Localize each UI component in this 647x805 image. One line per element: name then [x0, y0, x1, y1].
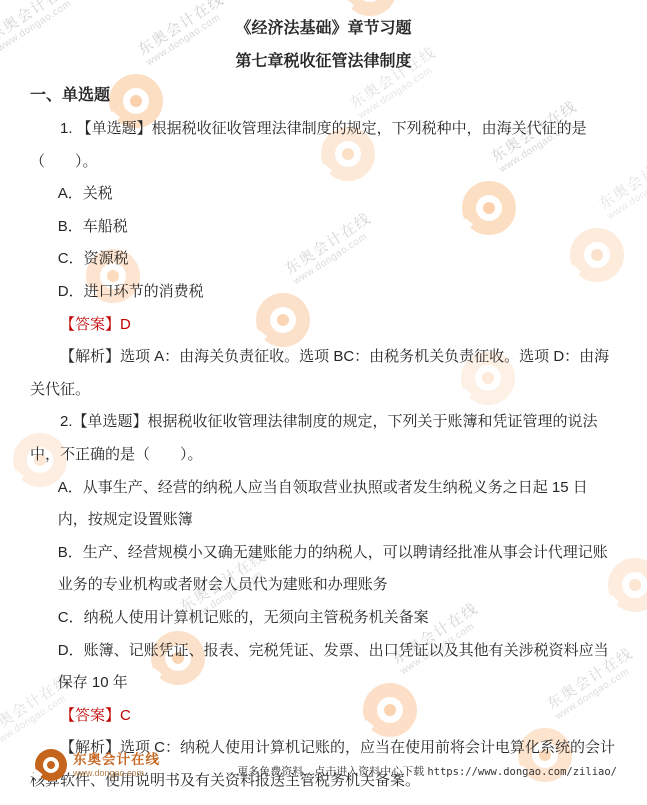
question-option: D．账簿、记账凭证、报表、完税凭证、发票、出口凭证以及其他有关涉税资料应当保存 … [30, 635, 617, 700]
footer-note-text: 更多免费资料，点击进入资料中心下载 [237, 766, 427, 778]
question-stem: 1. 【单选题】根据税收征收管理法律制度的规定，下列税种中，由海关代征的是（ ）… [30, 113, 617, 178]
question-option: C．纳税人使用计算机记账的，无须向主管税务机关备案 [30, 602, 617, 635]
question-option: B．车船税 [30, 211, 617, 244]
question-option: B．生产、经营规模小又确无建账能力的纳税人，可以聘请经批准从事会计代理记账业务的… [30, 537, 617, 602]
answer-line: 【答案】D [30, 309, 617, 342]
doc-title: 《经济法基础》章节习题 [30, 12, 617, 45]
question-option: A．从事生产、经营的纳税人应当自领取营业执照或者发生纳税义务之日起 15 日内，… [30, 472, 617, 537]
question-stem: 2.【单选题】根据税收征收管理法律制度的规定，下列关于账簿和凭证管理的说法中，不… [30, 406, 617, 471]
page-footer: 东奥会计在线 www.dongao.com 更多免费资料，点击进入资料中心下载 … [0, 746, 647, 805]
answer-line: 【答案】C [30, 700, 617, 733]
section-heading: 一、单选题 [30, 78, 617, 113]
footer-logo-title: 东奥会计在线 [73, 752, 160, 768]
question-option: C．资源税 [30, 243, 617, 276]
footer-logo-text: 东奥会计在线 www.dongao.com [73, 752, 160, 779]
document-page: 东奥会计在线www.dongao.com东奥会计在线www.dongao.com… [0, 0, 647, 805]
question-option: D．进口环节的消费税 [30, 276, 617, 309]
footer-note: 更多免费资料，点击进入资料中心下载 https://www.dongao.com… [237, 763, 617, 779]
question-option: A．关税 [30, 178, 617, 211]
dongao-logo-icon [35, 749, 67, 781]
questions: 1. 【单选题】根据税收征收管理法律制度的规定，下列税种中，由海关代征的是（ ）… [30, 113, 617, 797]
doc-subtitle: 第七章税收征管法律制度 [30, 45, 617, 78]
footer-logo: 东奥会计在线 www.dongao.com [35, 749, 160, 781]
footer-logo-url: www.dongao.com [73, 768, 160, 779]
document-content: 《经济法基础》章节习题 第七章税收征管法律制度 一、单选题 1. 【单选题】根据… [0, 0, 647, 797]
footer-note-link[interactable]: https://www.dongao.com/ziliao/ [427, 766, 617, 778]
analysis-line: 【解析】选项 A：由海关负责征收。选项 BC：由税务机关负责征收。选项 D：由海… [30, 341, 617, 406]
